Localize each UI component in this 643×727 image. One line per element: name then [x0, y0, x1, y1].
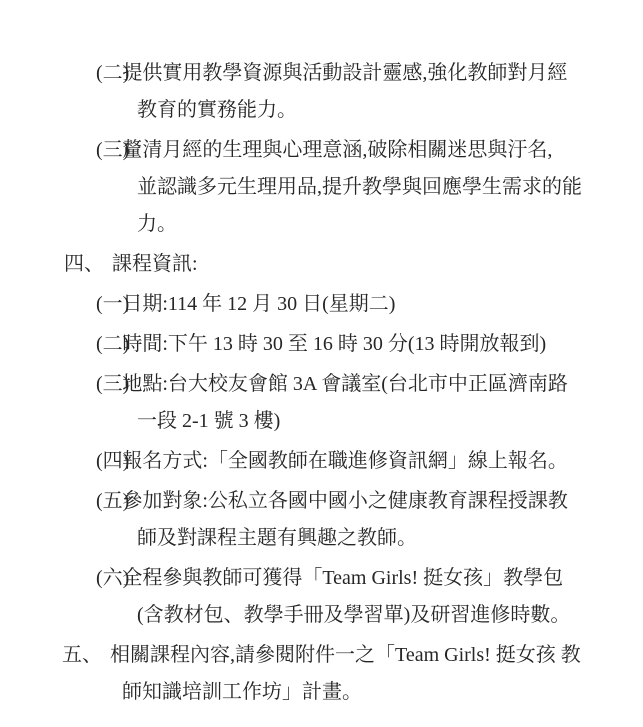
course-info-item-participants: (五)參加對象:公私立各國中國小之健康教育課程授課教 師及對課程主題有興趣之教師… [0, 483, 643, 557]
text-line: (二)提供實用教學資源與活動設計靈感,強化教師對月經 [0, 55, 643, 92]
course-info-item-location: (三)地點:台大校友會館 3A 會議室(台北市中正區濟南路 一段 2-1 號 3… [0, 366, 643, 440]
text-line: 力。 [0, 206, 643, 243]
text-line: 教育的實務能力。 [0, 92, 643, 129]
section-heading-course-info: 四、課程資訊: [0, 246, 643, 283]
text-line-content: 日期:114 年 12 月 30 日(星期二) [122, 293, 395, 315]
course-info-item-registration: (四)報名方式:「全國教師在職進修資訊網」線上報名。 [0, 443, 643, 480]
course-info-item-time: (二)時間:下午 13 時 30 至 16 時 30 分(13 時開放報到) [0, 326, 643, 363]
section-related-content: 五、相關課程內容,請參閱附件一之「Team Girls! 挺女孩 教 師知識培訓… [0, 637, 643, 711]
text-line-content: 釐清月經的生理與心理意涵,破除相關迷思與汙名, [122, 139, 552, 161]
text-line: (五)參加對象:公私立各國中國小之健康教育課程授課教 [0, 483, 643, 520]
text-line: (三)地點:台大校友會館 3A 會議室(台北市中正區濟南路 [0, 366, 643, 403]
text-line-content: 全程參與教師可獲得「Team Girls! 挺女孩」教學包 [122, 567, 563, 589]
text-line-content: 參加對象:公私立各國中國小之健康教育課程授課教 [122, 490, 568, 512]
text-line-content: 時間:下午 13 時 30 至 16 時 30 分(13 時開放報到) [122, 333, 546, 355]
text-line: (含教材包、教學手冊及學習單)及研習進修時數。 [0, 597, 643, 634]
text-line-content: 相關課程內容,請參閱附件一之「Team Girls! 挺女孩 教 [110, 644, 581, 666]
list-marker: 五、 [62, 644, 102, 666]
text-line: (六)全程參與教師可獲得「Team Girls! 挺女孩」教學包 [0, 560, 643, 597]
list-marker: 四、 [64, 253, 104, 275]
text-line-content: 地點:台大校友會館 3A 會議室(台北市中正區濟南路 [122, 373, 568, 395]
text-line: 五、相關課程內容,請參閱附件一之「Team Girls! 挺女孩 教 [0, 637, 643, 674]
text-line: 一段 2-1 號 3 樓) [0, 403, 643, 440]
text-line: (一)日期:114 年 12 月 30 日(星期二) [0, 286, 643, 323]
text-line: 師及對課程主題有興趣之教師。 [0, 520, 643, 557]
text-line-content: 提供實用教學資源與活動設計靈感,強化教師對月經 [122, 62, 567, 84]
text-line: (二)時間:下午 13 時 30 至 16 時 30 分(13 時開放報到) [0, 326, 643, 363]
text-line: 四、課程資訊: [0, 246, 643, 283]
objective-item-3: (三)釐清月經的生理與心理意涵,破除相關迷思與汙名, 並認識多元生理用品,提升教… [0, 132, 643, 243]
text-line: (三)釐清月經的生理與心理意涵,破除相關迷思與汙名, [0, 132, 643, 169]
text-line: 並認識多元生理用品,提升教學與回應學生需求的能 [0, 169, 643, 206]
text-line: 師知識培訓工作坊」計畫。 [0, 674, 643, 711]
text-line-content: 報名方式:「全國教師在職進修資訊網」線上報名。 [122, 450, 568, 472]
document-page: (二)提供實用教學資源與活動設計靈感,強化教師對月經 教育的實務能力。 (三)釐… [0, 0, 643, 727]
course-info-item-date: (一)日期:114 年 12 月 30 日(星期二) [0, 286, 643, 323]
text-line: (四)報名方式:「全國教師在職進修資訊網」線上報名。 [0, 443, 643, 480]
section-heading-label: 課程資訊: [112, 253, 198, 275]
course-info-item-teaching-kit: (六)全程參與教師可獲得「Team Girls! 挺女孩」教學包 (含教材包、教… [0, 560, 643, 634]
objective-item-2: (二)提供實用教學資源與活動設計靈感,強化教師對月經 教育的實務能力。 [0, 55, 643, 129]
